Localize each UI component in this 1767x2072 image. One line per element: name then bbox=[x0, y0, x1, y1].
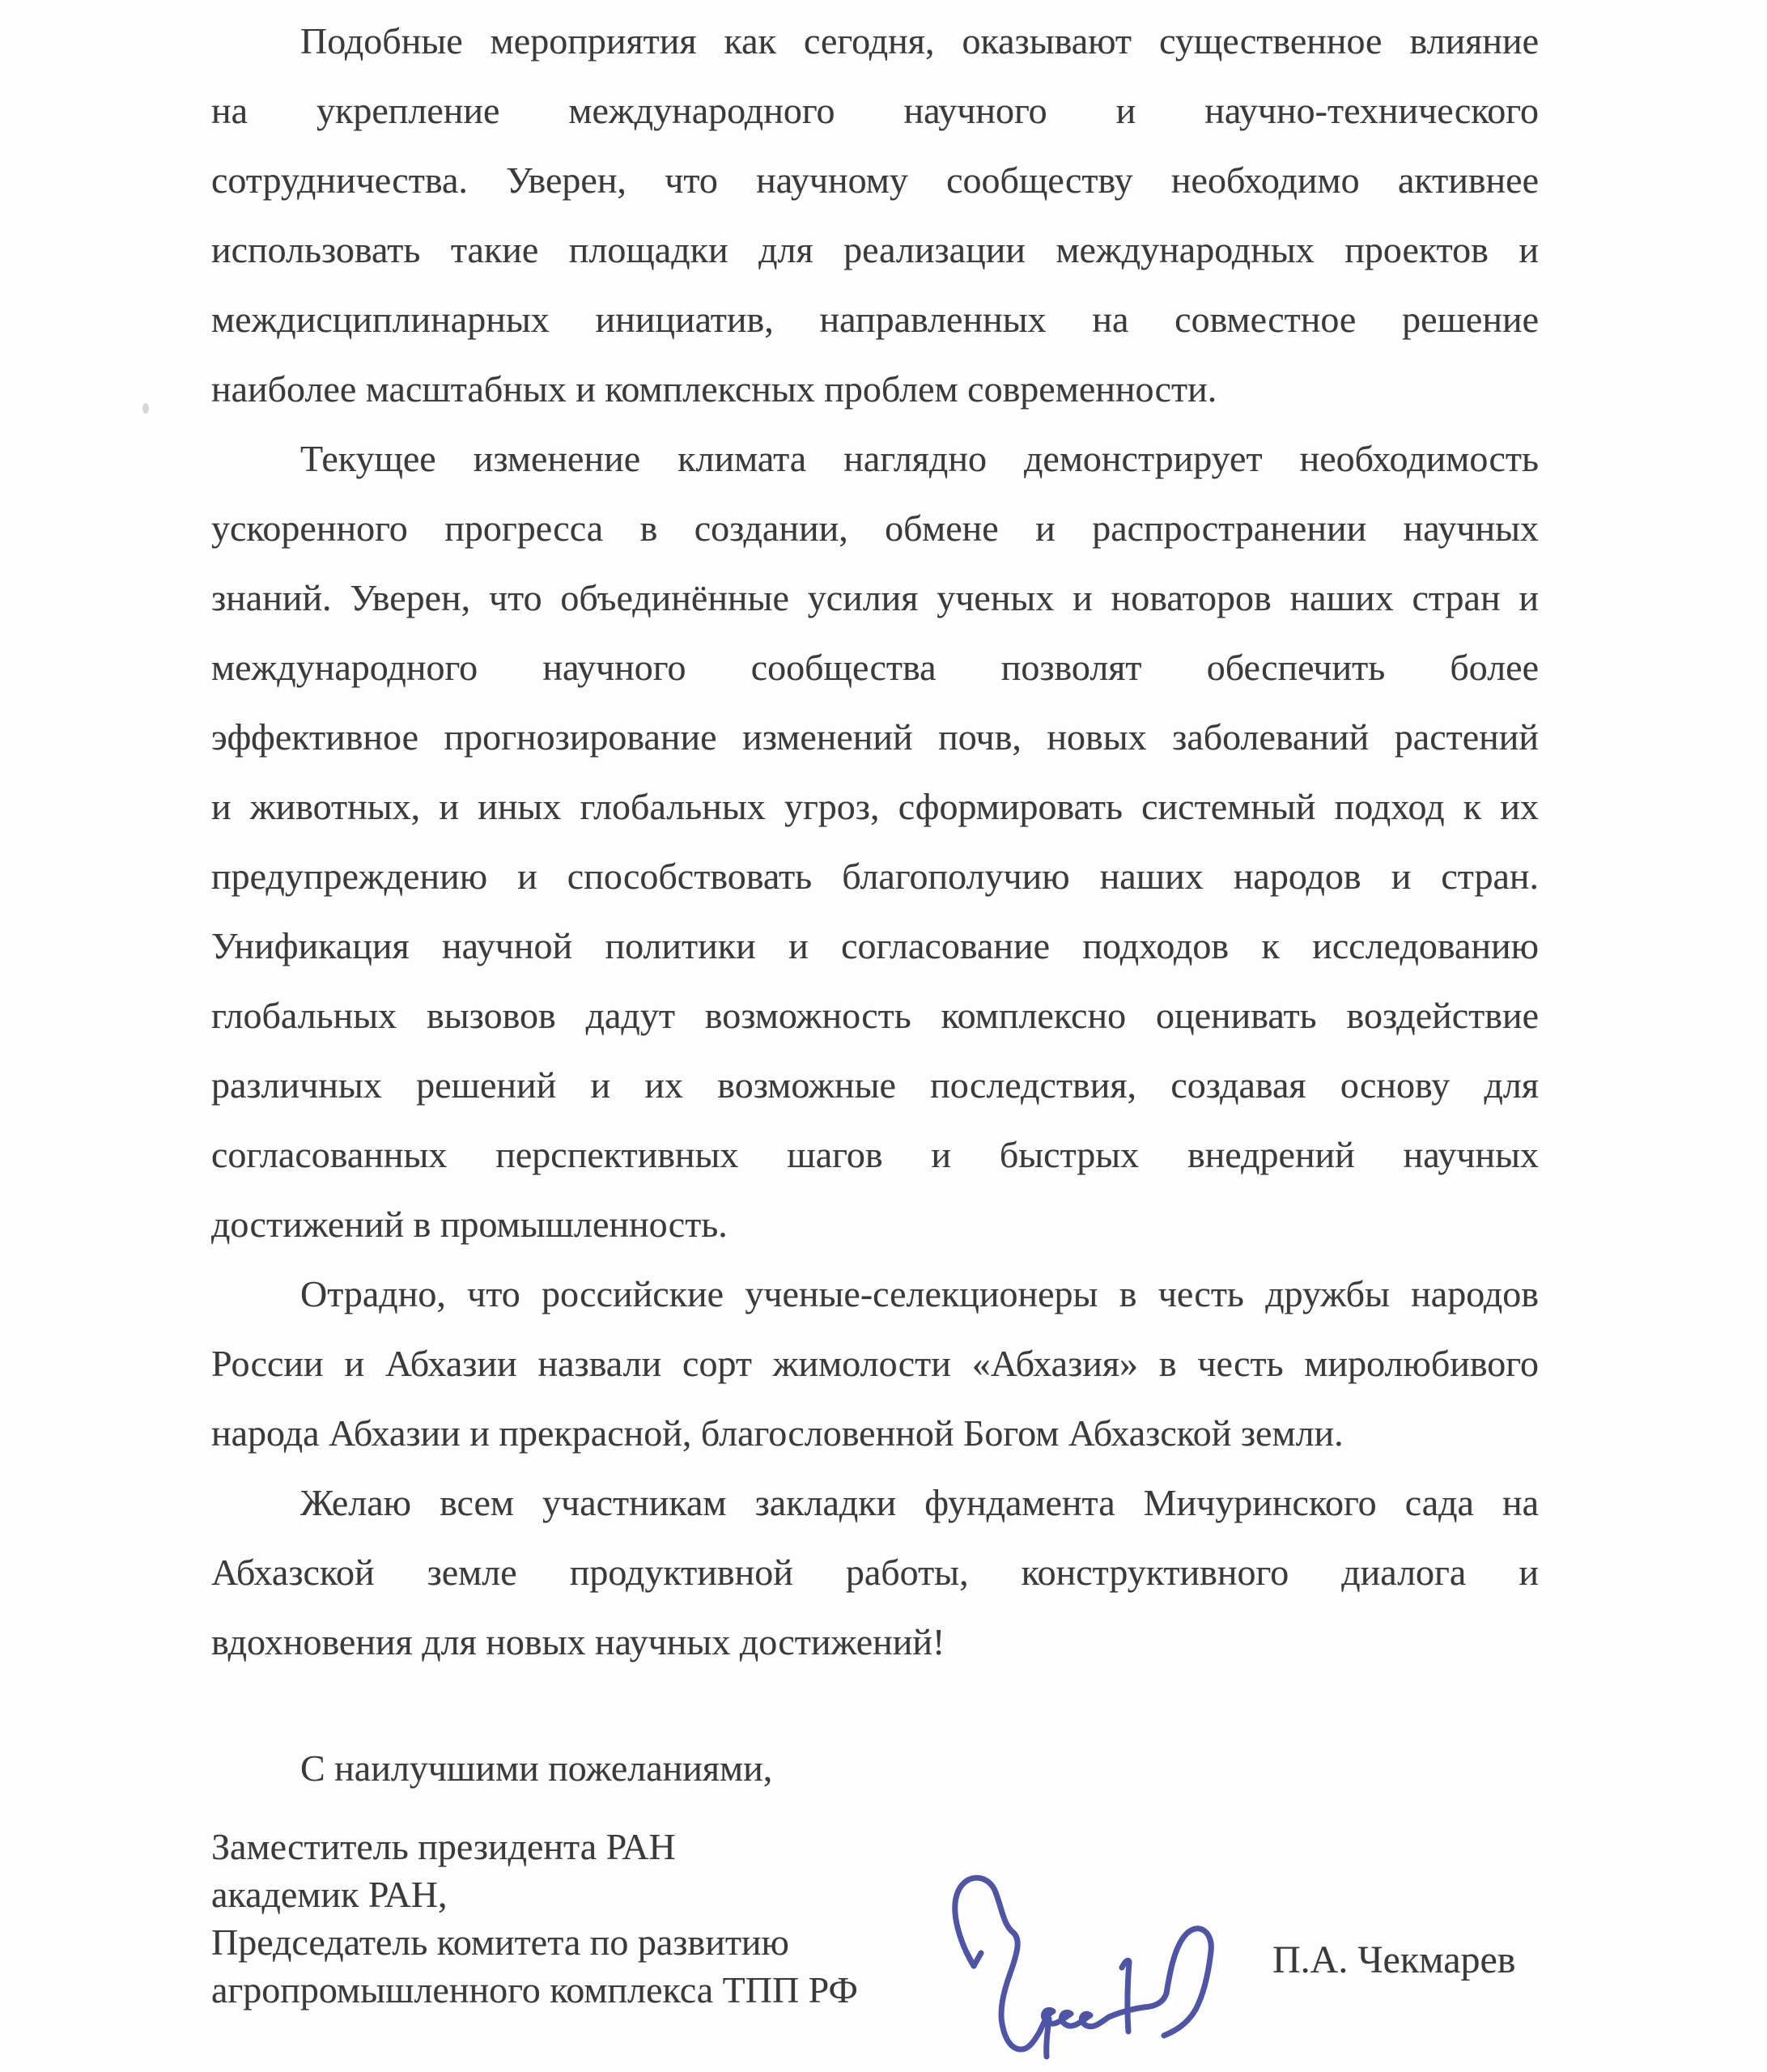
signature-scribble-icon bbox=[931, 1860, 1255, 2072]
text-line: на укрепление международного научного и … bbox=[211, 76, 1539, 146]
signoff-block: Заместитель президента РАН академик РАН,… bbox=[211, 1823, 1539, 2014]
text-line: Абхазской земле продуктивной работы, кон… bbox=[211, 1538, 1539, 1607]
text-line: сотрудничества. Уверен, что научному соо… bbox=[211, 146, 1539, 215]
text-line: междисциплинарных инициатив, направленны… bbox=[211, 285, 1539, 355]
text-line: Желаю всем участникам закладки фундамент… bbox=[211, 1468, 1539, 1538]
text-line: глобальных вызовов дадут возможность ком… bbox=[211, 981, 1539, 1051]
text-line: согласованных перспективных шагов и быст… bbox=[211, 1120, 1539, 1190]
signoff-title-line: академик РАН, bbox=[211, 1870, 1539, 1918]
text-line: Подобные мероприятия как сегодня, оказыв… bbox=[211, 6, 1539, 76]
text-line: наиболее масштабных и комплексных пробле… bbox=[211, 355, 1539, 424]
text-line: России и Абхазии назвали сорт жимолости … bbox=[211, 1329, 1539, 1399]
text-line: Текущее изменение климата наглядно демон… bbox=[211, 424, 1539, 494]
text-line: международного научного сообщества позво… bbox=[211, 633, 1539, 703]
scanned-letter-page: Подобные мероприятия как сегодня, оказыв… bbox=[0, 0, 1767, 2072]
text-line: использовать такие площадки для реализац… bbox=[211, 215, 1539, 285]
text-line: народа Абхазии и прекрасной, благословен… bbox=[211, 1399, 1539, 1468]
text-line: достижений в промышленность. bbox=[211, 1190, 1539, 1259]
text-line: Унификация научной политики и согласован… bbox=[211, 911, 1539, 981]
closing-salutation: С наилучшими пожеланиями, bbox=[211, 1734, 1539, 1803]
signoff-title-line: Заместитель президента РАН bbox=[211, 1823, 1539, 1870]
text-line: Отрадно, что российские ученые-селекцион… bbox=[211, 1259, 1539, 1329]
text-line: знаний. Уверен, что объединённые усилия … bbox=[211, 563, 1539, 633]
text-line: ускоренного прогресса в создании, обмене… bbox=[211, 494, 1539, 563]
text-line: и животных, и иных глобальных угроз, сфо… bbox=[211, 772, 1539, 842]
text-line: вдохновения для новых научных достижений… bbox=[211, 1607, 1539, 1677]
text-line: эффективное прогнозирование изменений по… bbox=[211, 703, 1539, 772]
signatory-name: П.А. Чекмарев bbox=[1272, 1939, 1515, 1981]
scan-artifact-dot bbox=[142, 403, 149, 414]
text-line: различных решений и их возможные последс… bbox=[211, 1051, 1539, 1120]
text-line: предупреждению и способствовать благопол… bbox=[211, 842, 1539, 911]
letter-body: Подобные мероприятия как сегодня, оказыв… bbox=[211, 6, 1539, 2014]
